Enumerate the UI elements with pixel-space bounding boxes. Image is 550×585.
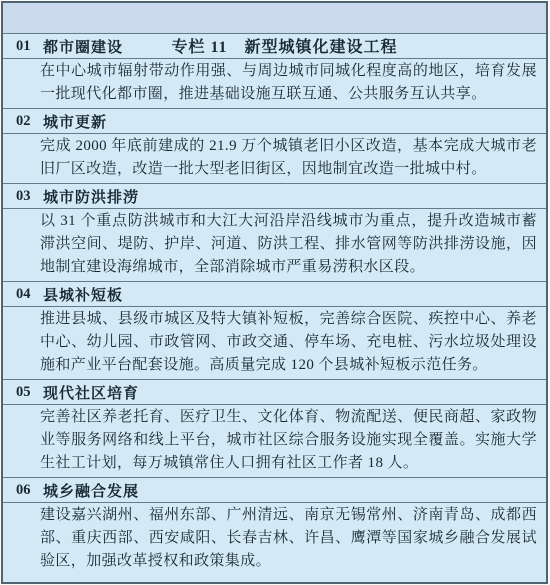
section-06-body: 建设嘉兴湖州、福州东部、广州清远、南京无锡常州、济南青岛、成都西部、重庆西部、西… xyxy=(3,502,546,575)
section-02-title-row: 02 城市更新 xyxy=(3,108,546,133)
section-04-body: 推进县城、县级市城区及特大镇补短板，完善综合医院、疾控中心、养老中心、幼儿园、市… xyxy=(3,306,546,379)
section-01-title: 都市圈建设 xyxy=(43,36,123,57)
section-02-number: 02 xyxy=(16,113,39,130)
section-01-body: 在中心城市辐射带动作用强、与周边城市同城化程度高的地区，培育发展一批现代化都市圈… xyxy=(3,58,546,108)
section-03-title-row: 03 城市防洪排涝 xyxy=(3,183,546,208)
section-05-title: 现代社区培育 xyxy=(43,382,139,403)
section-06-title: 城乡融合发展 xyxy=(43,480,139,501)
section-03-number: 03 xyxy=(16,188,39,205)
panel-header: 专栏 11 新型城镇化建设工程 xyxy=(3,3,546,33)
section-02-body: 完成 2000 年底前建成的 21.9 万个城镇老旧小区改造，基本完成大城市老旧… xyxy=(3,133,546,183)
section-04-title: 县城补短板 xyxy=(43,284,123,305)
column-box-panel: 专栏 11 新型城镇化建设工程 01 都市圈建设 在中心城市辐射带动作用强、与周… xyxy=(1,1,548,584)
section-06-title-row: 06 城乡融合发展 xyxy=(3,477,546,502)
section-03-body: 以 31 个重点防洪城市和大江大河沿岸沿线城市为重点，提升改造城市蓄滞洪空间、堤… xyxy=(3,208,546,281)
section-05-body: 完善社区养老托育、医疗卫生、文化体育、物流配送、便民商超、家政物业等服务网络和线… xyxy=(3,404,546,477)
section-05-title-row: 05 现代社区培育 xyxy=(3,379,546,404)
section-01-number: 01 xyxy=(16,38,39,55)
section-04-title-row: 04 县城补短板 xyxy=(3,281,546,306)
panel-title: 专栏 11 新型城镇化建设工程 xyxy=(171,39,397,56)
section-04-number: 04 xyxy=(16,286,39,303)
section-05-number: 05 xyxy=(16,384,39,401)
section-03-title: 城市防洪排涝 xyxy=(43,186,139,207)
section-02-title: 城市更新 xyxy=(43,111,107,132)
section-06-number: 06 xyxy=(16,482,39,499)
